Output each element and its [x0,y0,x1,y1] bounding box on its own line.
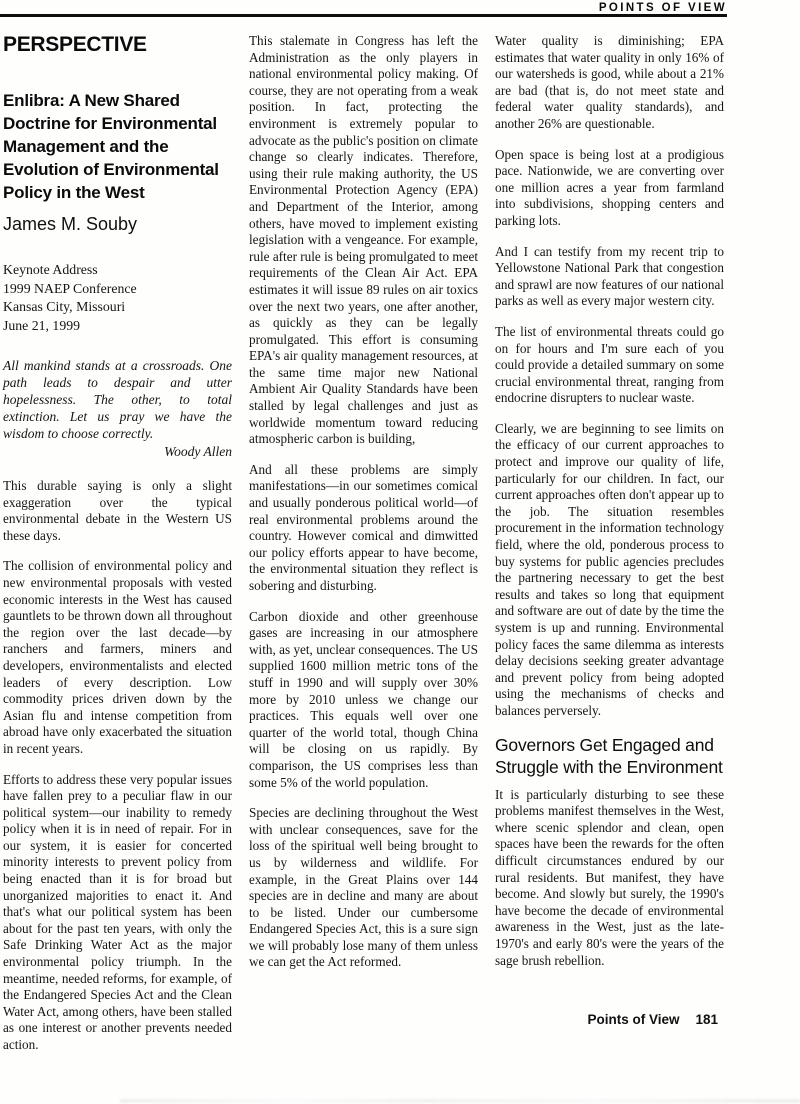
address-line: Kansas City, Missouri [3,298,232,317]
paragraph: Species are declining throughout the Wes… [249,805,478,971]
running-head: POINTS OF VIEW [0,2,727,14]
address-line: 1999 NAEP Conference [3,280,232,299]
epigraph-attribution: Woody Allen [3,444,232,460]
article-title: Enlibra: A New Shared Doctrine for Envir… [3,89,232,204]
address-line: Keynote Address [3,261,232,280]
page-footer: Points of View181 [0,1012,718,1027]
paragraph: The list of environmental threats could … [495,324,724,407]
section-heading: Governors Get Engaged and Struggle with … [495,734,724,779]
journal-page: POINTS OF VIEW PERSPECTIVE Enlibra: A Ne… [0,0,800,1104]
header-rule [0,14,727,17]
address-block: Keynote Address 1999 NAEP Conference Kan… [3,261,232,335]
paragraph: Water quality is diminishing; EPA estima… [495,33,724,133]
article-columns: PERSPECTIVE Enlibra: A New Shared Doctri… [3,33,724,1054]
running-head-text: POINTS OF VIEW [599,2,727,14]
column-left: PERSPECTIVE Enlibra: A New Shared Doctri… [3,33,232,1054]
column-right: Water quality is diminishing; EPA estima… [495,33,724,1054]
address-line: June 21, 1999 [3,317,232,336]
scan-artifact [120,1099,800,1103]
column-middle: This stalemate in Congress has left the … [249,33,478,1054]
paragraph: And I can testify from my recent trip to… [495,244,724,310]
paragraph: Open space is being lost at a prodigious… [495,147,724,230]
paragraph: Carbon dioxide and other greenhouse gase… [249,609,478,792]
kicker: PERSPECTIVE [3,33,232,57]
footer-page-number: 181 [695,1012,718,1027]
paragraph: Clearly, we are beginning to see limits … [495,421,724,720]
paragraph: The collision of environmental policy an… [3,558,232,757]
paragraph: This stalemate in Congress has left the … [249,33,478,448]
footer-journal-title: Points of View [587,1012,679,1027]
paragraph: It is particularly disturbing to see the… [495,787,724,970]
paragraph: This durable saying is only a slight exa… [3,478,232,544]
author-name: James M. Souby [3,214,232,235]
epigraph-quote: All mankind stands at a crossroads. One … [3,357,232,442]
paragraph: And all these problems are simply manife… [249,462,478,595]
